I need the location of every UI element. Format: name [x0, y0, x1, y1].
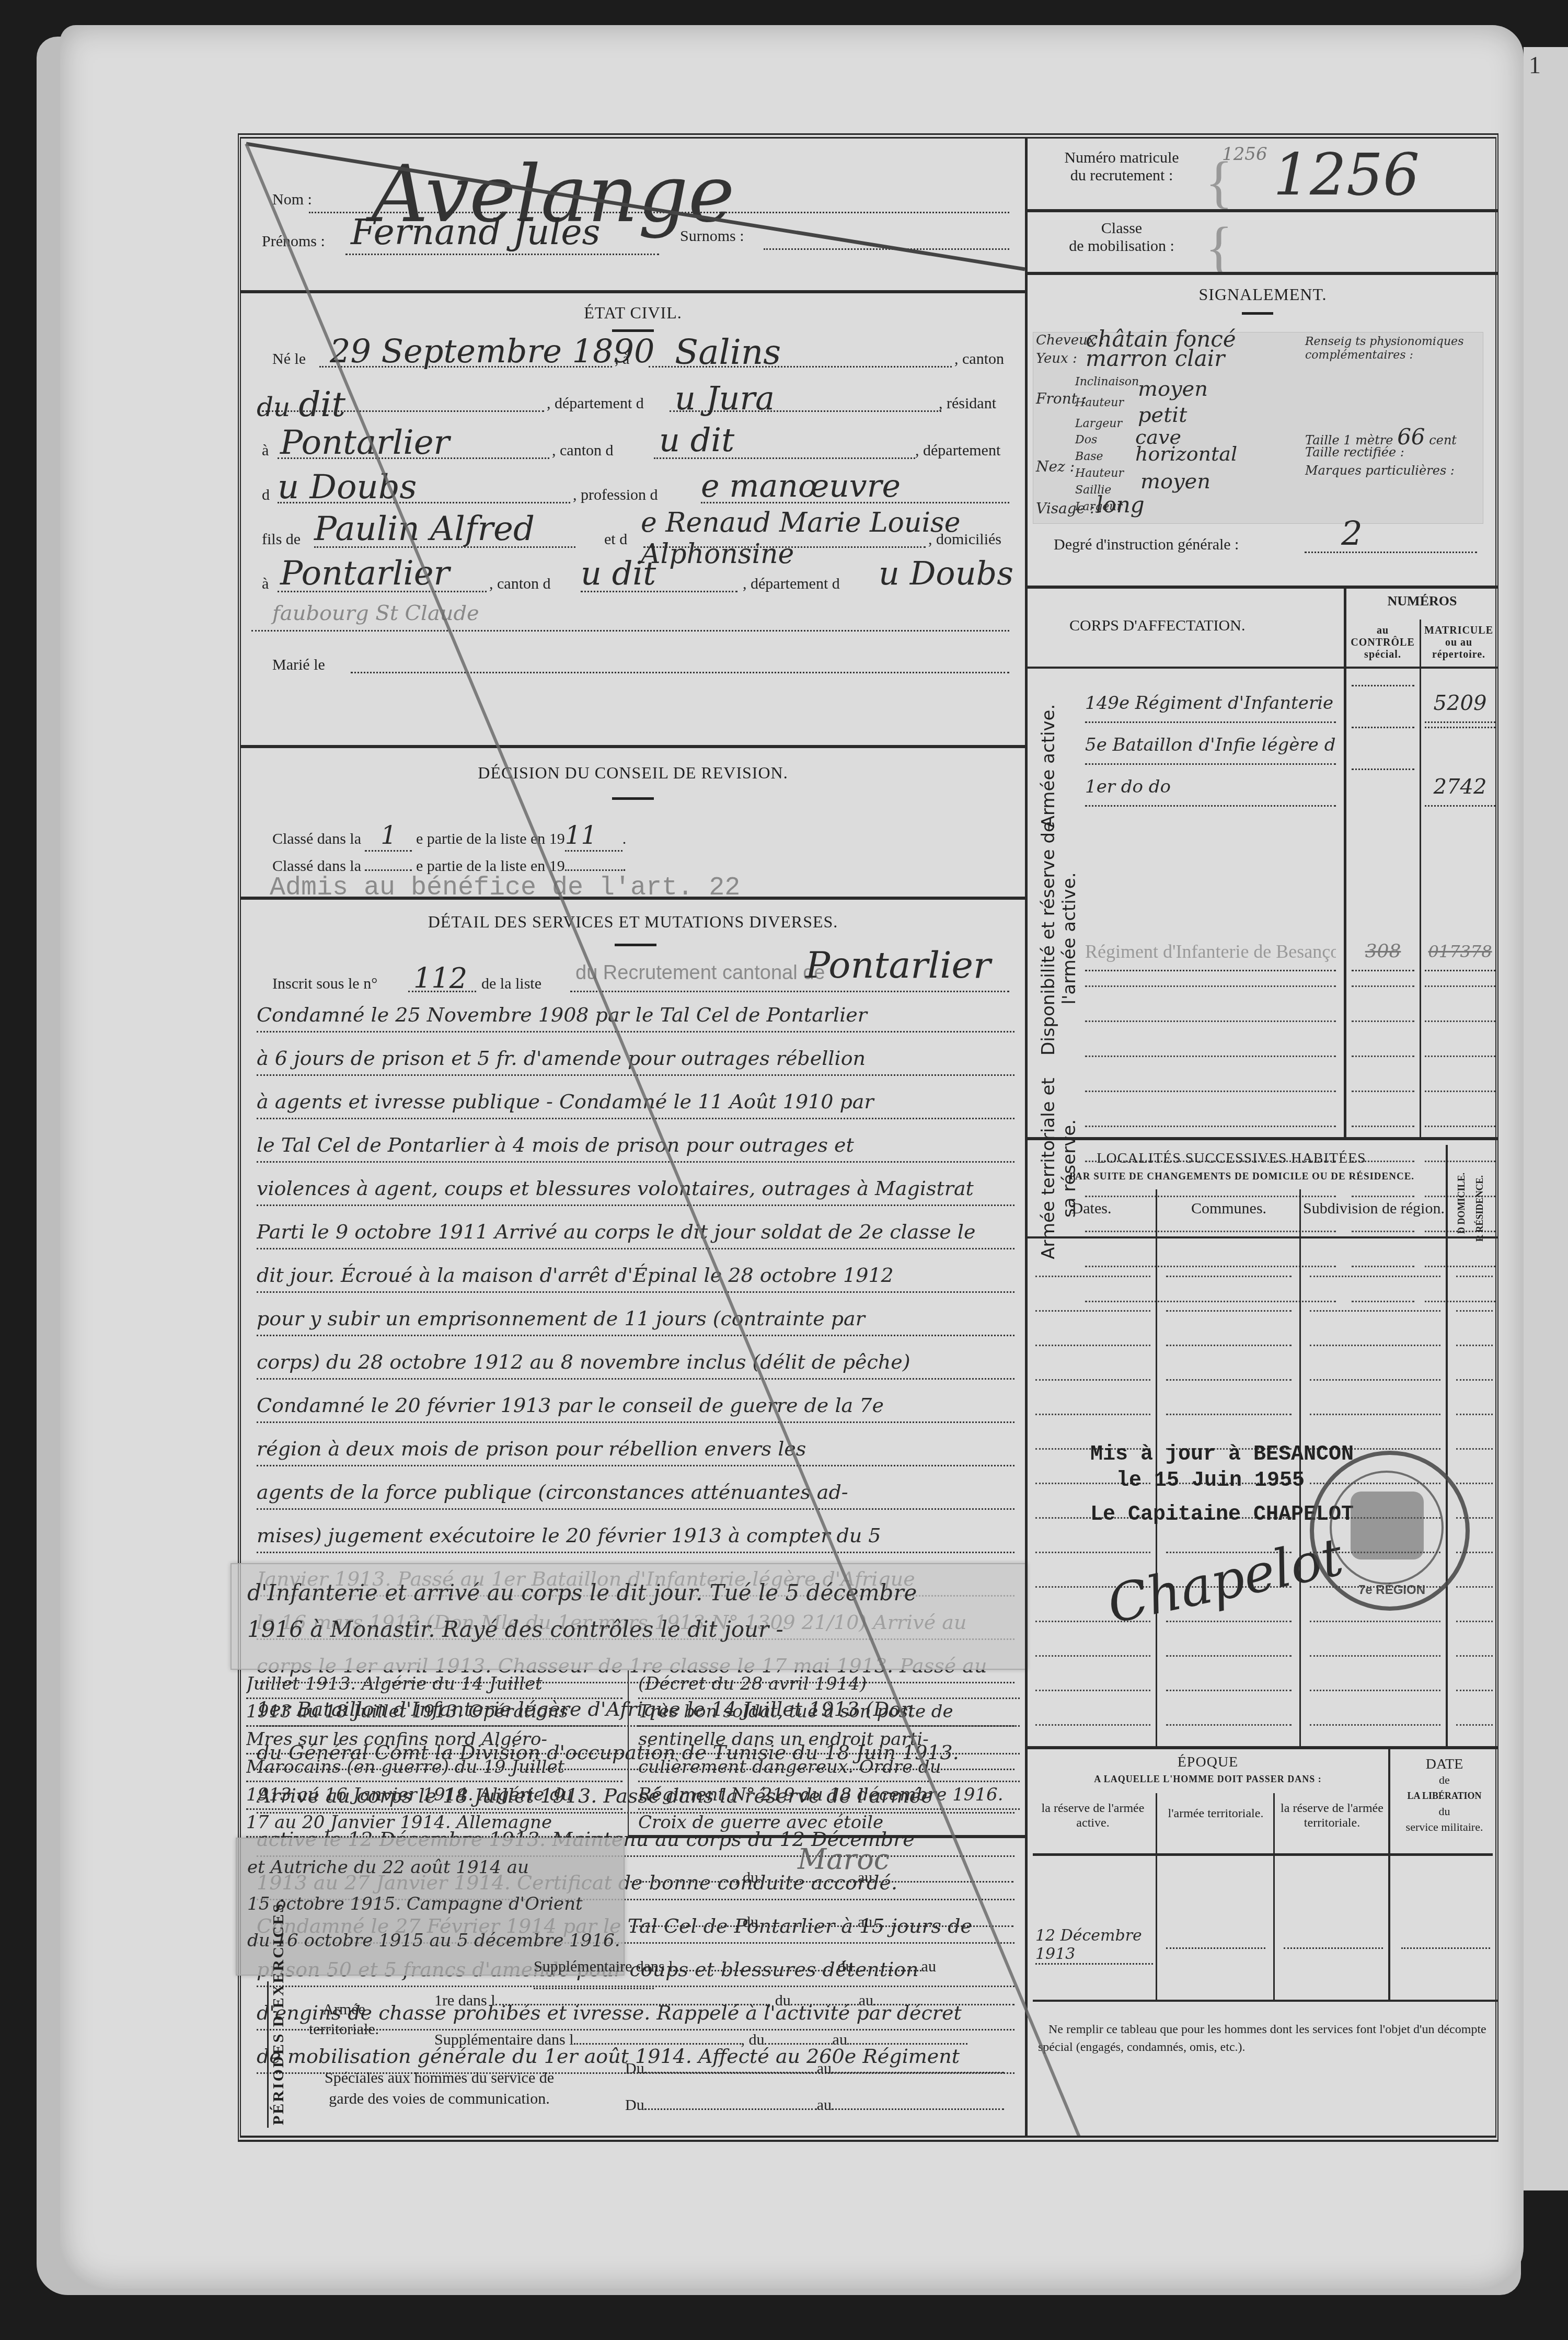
- epoque-subtitle: A LAQUELLE L'HOMME DOIT PASSER DANS :: [1028, 1774, 1388, 1785]
- death-note: d'Infanterie et arrivé au corps le dit j…: [247, 1575, 917, 1648]
- prenoms-value: Fernand Jules: [351, 212, 600, 253]
- corps-matricule: 2742: [1425, 768, 1495, 807]
- epoque-col1: la réserve de l'armée active.: [1030, 1801, 1156, 1830]
- corps-row: Régiment d'Infanterie de Besançon3080173…: [1085, 933, 1498, 970]
- campaign-line: 17 au 20 Janvier 1914. Allemagne: [246, 1809, 622, 1838]
- surnoms-line: [764, 243, 1009, 250]
- corps-controle: 308: [1352, 933, 1414, 971]
- visage-value: long: [1096, 492, 1145, 518]
- epoque-val3: [1284, 1947, 1383, 1949]
- mutation-line: Condamné le 20 février 1913 par le conse…: [257, 1389, 1014, 1423]
- periode-row3: Supplémentaire dans l, duau: [534, 1958, 1025, 1993]
- domicile-parents: Pontarlier: [280, 554, 449, 593]
- territoriale-supp-row: Supplémentaire dans l, duau: [434, 2031, 967, 2049]
- nez-base-value: horizontal: [1135, 442, 1237, 465]
- matricule-form: Nom : Avelange Prénoms : Fernand Jules S…: [238, 133, 1498, 2142]
- section-disponibilite: Disponibilité et réserve de l'armée acti…: [1038, 818, 1080, 1059]
- services-title: DÉTAIL DES SERVICES ET MUTATIONS DIVERSE…: [241, 912, 1025, 932]
- corps-affectation-title: CORPS D'AFFECTATION.: [1069, 617, 1245, 635]
- recrutement-stamp: du Recrutement cantonal de: [575, 962, 825, 984]
- epoque-val4: [1401, 1947, 1490, 1949]
- corps-controle: [1352, 727, 1414, 728]
- pasted-slip-campaign: et Autriche du 22 août 1914 au 15 octobr…: [236, 1838, 625, 1976]
- surnoms-label: Surnoms :: [680, 227, 744, 245]
- nom-label: Nom :: [272, 191, 312, 209]
- etat-civil-title: ÉTAT CIVIL.: [241, 303, 1025, 323]
- mutation-line: agents de la force publique (circonstanc…: [257, 1476, 1014, 1510]
- mis-a-jour-line: Mis à jour à BESANCON: [1090, 1443, 1354, 1466]
- next-page-edge: 1: [1524, 47, 1568, 2190]
- matricule-value: 1256: [1273, 141, 1420, 208]
- maroc-note: Maroc: [798, 1843, 890, 1876]
- marie-label: Marié le: [272, 656, 325, 674]
- departement-naissance: u Jura: [675, 379, 775, 417]
- numeros-title: NUMÉROS: [1346, 593, 1498, 609]
- canton-residence: u dit: [659, 421, 734, 459]
- campaign-line: 1913 au 18 Juillet 1913. Opérations: [246, 1698, 622, 1727]
- degre-instruction-label: Degré d'instruction générale :: [1054, 536, 1239, 554]
- col-residence: R RÉSIDENCE.: [1474, 1175, 1485, 1242]
- col-dates: Dates.: [1028, 1200, 1156, 1218]
- speciales-label: Spéciales aux hommes du service de garde…: [325, 2068, 554, 2109]
- left-column: Nom : Avelange Prénoms : Fernand Jules S…: [241, 139, 1025, 2136]
- liste-lieu: Pontarlier: [805, 944, 990, 987]
- campaign-line: Croix de guerre avec étoile: [638, 1809, 1020, 1838]
- ne-le-label: Né le: [272, 350, 306, 368]
- mutation-line: région à deux mois de prison pour rébell…: [257, 1432, 1014, 1466]
- corps-matricule: [1425, 727, 1495, 728]
- campaign-note: et Autriche du 22 août 1914 au 15 octobr…: [247, 1849, 620, 1959]
- campaign-line: culièrement dangereux. Ordre du: [638, 1753, 1020, 1782]
- profession: e manœuvre: [701, 468, 901, 504]
- col-communes: Communes.: [1158, 1200, 1299, 1218]
- localites-title: LOCALITÉS SUCCESSIVES HABITÉES: [1028, 1150, 1435, 1167]
- nez-hsl-value: moyen: [1140, 469, 1210, 494]
- signalement-title: SIGNALEMENT.: [1028, 285, 1498, 304]
- territoriale-1re-row: 1re dans l, duau: [434, 1992, 1014, 2010]
- epoque-val2: [1166, 1947, 1265, 1949]
- yeux-value: marron clair: [1086, 346, 1225, 371]
- mutation-line: Parti le 9 octobre 1911 Arrivé au corps …: [257, 1215, 1014, 1249]
- corps-matricule: 017378: [1425, 933, 1495, 971]
- classe-mobilisation-label: Classe de mobilisation :: [1048, 220, 1195, 255]
- corps-row: 5e Bataillon d'Infie légère d'Afrique: [1085, 727, 1498, 763]
- departement-residence: u Doubs: [278, 468, 417, 507]
- campaign-line: Juillet 1913. Algérie du 14 Juillet: [246, 1670, 622, 1699]
- pasted-slip-death: d'Infanterie et arrivé au corps le dit j…: [230, 1563, 1027, 1670]
- periodes-vertical-label: PÉRIODES D'EXERCICES.: [270, 1897, 287, 2125]
- speciales-row1: Duau: [625, 2060, 1004, 2078]
- degre-instruction-value: 2: [1341, 515, 1363, 554]
- canton-naissance: du dit: [257, 384, 345, 425]
- localites-subtitle: PAR SUITE DE CHANGEMENTS DE DOMICILE OU …: [1038, 1171, 1446, 1183]
- mutation-line: Condamné le 25 Novembre 1908 par le Tal …: [257, 999, 1014, 1033]
- mutation-line: à 6 jours de prison et 5 fr. d'amende po…: [257, 1042, 1014, 1076]
- col-subdivision: Subdivision de région.: [1302, 1200, 1446, 1218]
- section-armee-active: Armée active.: [1038, 698, 1059, 834]
- corps-controle: [1352, 768, 1414, 770]
- corps-name: 149e Régiment d'Infanterie: [1085, 685, 1336, 723]
- campaign-line: sentinelle dans un endroit parti-: [638, 1726, 1020, 1754]
- corps-matricule: 5209: [1425, 685, 1495, 723]
- periode-row2: , duau: [630, 1913, 1013, 1931]
- matricule-small: 1256: [1222, 144, 1267, 165]
- signalement-slip: Cheveux : châtain foncé Yeux : marron cl…: [1033, 332, 1483, 524]
- corps-row: 1er do do2742: [1085, 768, 1498, 805]
- classe1-row: Classé dans la 1 e partie de la liste en…: [272, 821, 626, 852]
- epoque-note: Ne remplir ce tableau que pour les homme…: [1038, 2021, 1493, 2056]
- domicile-note: faubourg St Claude: [272, 601, 479, 625]
- campaign-line: Très bon soldat, tué à son poste de: [638, 1698, 1020, 1727]
- departement-parents: u Doubs: [879, 554, 1013, 592]
- speciales-row2: Duau: [625, 2096, 1004, 2114]
- col-controle-special: au CONTRÔLE spécial.: [1347, 625, 1418, 661]
- armee-territoriale-label: Armée territoriale.: [309, 2000, 379, 2039]
- corps-controle: [1352, 685, 1414, 686]
- residence: Pontarlier: [280, 423, 449, 462]
- date-mise-a-jour: le 15 Juin 1955: [1116, 1469, 1305, 1493]
- corps-name: Régiment d'Infanterie de Besançon: [1085, 933, 1336, 971]
- front-value: moyen: [1138, 377, 1208, 401]
- recruitment-office-stamp: 7e RÉGION: [1310, 1451, 1470, 1611]
- mutation-line: corps) du 28 octobre 1912 au 8 novembre …: [257, 1346, 1014, 1380]
- campaign-line: Mres sur les confins nord Algéro-: [246, 1726, 622, 1754]
- inscrit-label: Inscrit sous le n°: [272, 975, 377, 993]
- campaign-line: Marocains (en guerre) du 19 Juillet: [246, 1753, 622, 1782]
- inscrit-numero: 112: [413, 962, 467, 995]
- corps-name: 1er do do: [1085, 768, 1336, 807]
- mutation-line: mises) jugement exécutoire le 20 février…: [257, 1519, 1014, 1553]
- prenoms-label: Prénoms :: [262, 233, 325, 250]
- front-largeur-value: petit: [1138, 403, 1187, 427]
- lieu-naissance: Salins: [675, 332, 781, 372]
- classe2-row: Classé dans la e partie de la liste en 1…: [272, 857, 626, 875]
- decision-title: DÉCISION DU CONSEIL DE REVISION.: [241, 763, 1025, 783]
- mutation-line: dit jour. Écroué à la maison d'arrêt d'É…: [257, 1259, 1014, 1293]
- mutation-line: pour y subir un emprisonnement de 11 jou…: [257, 1302, 1014, 1336]
- col-domicile: D DOMICILE.: [1456, 1173, 1467, 1234]
- col-matricule: MATRICULE ou au répertoire.: [1422, 625, 1495, 661]
- epoque-title: ÉPOQUE: [1028, 1754, 1388, 1771]
- epoque-val1: 12 Décembre 1913: [1035, 1926, 1153, 1965]
- campaign-line: Régiment N° 219 du 18 décembre 1916.: [638, 1781, 1020, 1810]
- campaign-line: (Décret du 28 avril 1914): [638, 1670, 1020, 1699]
- next-page-number: 1: [1529, 51, 1541, 79]
- pere: Paulin Alfred: [314, 510, 535, 548]
- epoque-col3: la réserve de l'armée territoriale.: [1276, 1801, 1388, 1830]
- date-naissance: 29 Septembre 1890: [330, 332, 654, 370]
- mutation-line: le Tal Cel de Pontarlier à 4 mois de pri…: [257, 1129, 1014, 1163]
- corps-name: 5e Bataillon d'Infie légère d'Afrique: [1085, 727, 1336, 765]
- matricule-label: Numéro matricule du recrutement :: [1048, 149, 1195, 185]
- renseignements-label: Renseig ts physionomiques complémentaire…: [1305, 335, 1463, 362]
- canton-parents: u dit: [581, 554, 656, 592]
- mutation-line: violences à agent, coups et blessures vo…: [257, 1172, 1014, 1206]
- epoque-col4: DATE de LA LIBÉRATION du service militai…: [1391, 1757, 1498, 1835]
- corps-row: 149e Régiment d'Infanterie5209: [1085, 685, 1498, 721]
- campaign-line: 1913 au 16 Janvier 1914. Algérie du: [246, 1781, 622, 1810]
- mutation-line: à agents et ivresse publique - Condamné …: [257, 1085, 1014, 1119]
- epoque-col2: l'armée territoriale.: [1158, 1806, 1273, 1821]
- right-column: Numéro matricule du recrutement : { 1256…: [1025, 139, 1498, 2136]
